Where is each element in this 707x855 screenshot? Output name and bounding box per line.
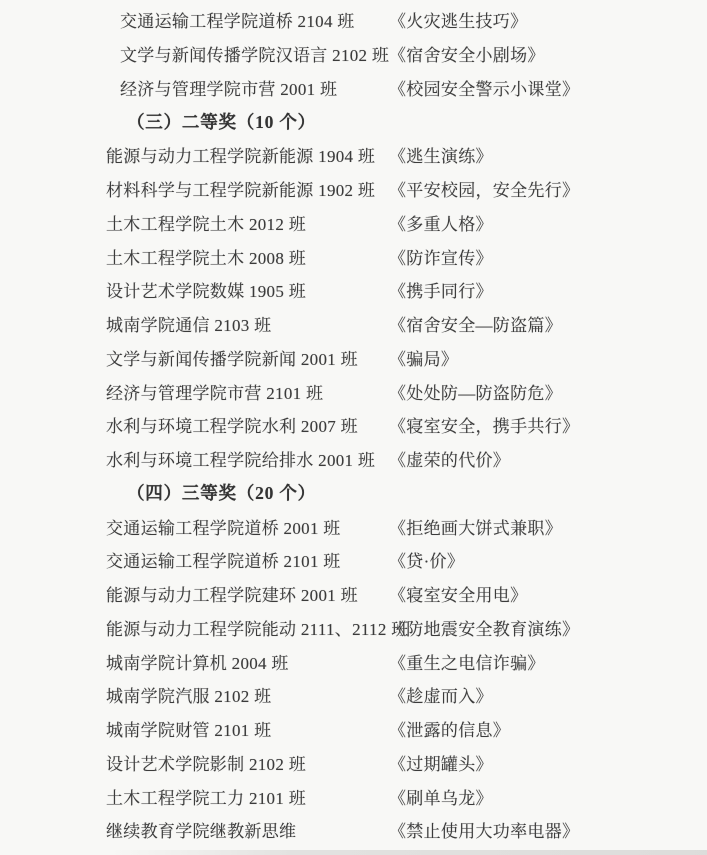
scanned-award-document-page: 交通运输工程学院道桥 2104 班 《火灾逃生技巧》 文学与新闻传播学院汉语言 …	[0, 0, 707, 855]
award-entry: 土木工程学院土木 2008 班 《防诈宣传》	[0, 239, 707, 273]
award-entry: 能源与动力工程学院建环 2001 班 《寝室安全用电》	[0, 577, 707, 611]
class-name: 城南学院财管 2101 班	[106, 716, 271, 741]
class-name: 交通运输工程学院道桥 2001 班	[106, 514, 341, 539]
award-entry: 文学与新闻传播学院新闻 2001 班 《骗局》	[0, 341, 707, 375]
award-entry: 继续教育学院继教新思维 《禁止使用大功率电器》	[0, 813, 707, 847]
class-name: 交通运输工程学院道桥 2104 班	[120, 7, 355, 32]
award-entry: 文学与新闻传播学院汉语言 2102 班 《宿舍安全小剧场》	[0, 37, 707, 71]
work-title: 《校园安全警示小课堂》	[389, 75, 579, 100]
section-heading-second-prize: （三）二等奖（10 个）	[0, 104, 707, 138]
award-entry: 设计艺术学院影制 2102 班 《过期罐头》	[0, 746, 707, 780]
work-title: 《多重人格》	[389, 210, 493, 235]
class-name: 材料科学与工程学院新能源 1902 班	[106, 176, 375, 201]
award-entry: 城南学院通信 2103 班 《宿舍安全—防盗篇》	[0, 307, 707, 341]
work-title: 《拒绝画大饼式兼职》	[389, 514, 562, 539]
award-entry: 交通运输工程学院道桥 2101 班 《贷·价》	[0, 543, 707, 577]
award-entry: 能源与动力工程学院新能源 1904 班 《逃生演练》	[0, 138, 707, 172]
class-name: 经济与管理学院市营 2001 班	[120, 75, 337, 100]
work-title: 《过期罐头》	[389, 750, 493, 775]
class-name: 交通运输工程学院道桥 2101 班	[106, 547, 341, 572]
award-entry: 材料科学与工程学院新能源 1902 班 《平安校园，安全先行》	[0, 172, 707, 206]
award-entry: 城南学院财管 2101 班 《泄露的信息》	[0, 712, 707, 746]
work-title: 《虚荣的代价》	[389, 446, 510, 471]
award-entry: 经济与管理学院市营 2001 班 《校园安全警示小课堂》	[0, 71, 707, 105]
class-name: 能源与动力工程学院能动 2111、2112 班	[106, 615, 409, 640]
work-title: 《寝室安全用电》	[389, 581, 527, 606]
scan-page-edge-shadow	[110, 850, 707, 855]
class-name: 土木工程学院土木 2012 班	[106, 210, 306, 235]
work-title: 《重生之电信诈骗》	[389, 649, 545, 674]
class-name: 继续教育学院继教新思维	[106, 817, 296, 842]
work-title: 《宿舍安全—防盗篇》	[389, 311, 562, 336]
work-title: 《禁止使用大功率电器》	[389, 817, 579, 842]
class-name: 设计艺术学院影制 2102 班	[106, 750, 306, 775]
class-name: 水利与环境工程学院给排水 2001 班	[106, 446, 375, 471]
work-title: 《携手同行》	[389, 277, 493, 302]
class-name: 能源与动力工程学院建环 2001 班	[106, 581, 358, 606]
section-heading-text: （四）三等奖（20 个）	[127, 480, 316, 505]
work-title: 《趁虚而入》	[389, 682, 493, 707]
work-title: 《泄露的信息》	[389, 716, 510, 741]
section-heading-third-prize: （四）三等奖（20 个）	[0, 476, 707, 510]
award-entry: 城南学院汽服 2102 班 《趁虚而入》	[0, 678, 707, 712]
work-title: 《逃生演练》	[389, 142, 493, 167]
section-heading-text: （三）二等奖（10 个）	[127, 109, 316, 134]
award-entry: 经济与管理学院市营 2101 班 《处处防—防盗防危》	[0, 374, 707, 408]
class-name: 文学与新闻传播学院新闻 2001 班	[106, 345, 358, 370]
work-title: 《防诈宣传》	[389, 244, 493, 269]
award-entry: 土木工程学院工力 2101 班 《刷单乌龙》	[0, 779, 707, 813]
award-entry: 交通运输工程学院道桥 2104 班 《火灾逃生技巧》	[0, 3, 707, 37]
award-entry: 能源与动力工程学院能动 2111、2112 班 《防地震安全教育演练》	[0, 611, 707, 645]
class-name: 能源与动力工程学院新能源 1904 班	[106, 142, 375, 167]
work-title: 《刷单乌龙》	[389, 784, 493, 809]
class-name: 土木工程学院土木 2008 班	[106, 244, 306, 269]
class-name: 土木工程学院工力 2101 班	[106, 784, 306, 809]
class-name: 水利与环境工程学院水利 2007 班	[106, 412, 358, 437]
award-entry: 交通运输工程学院道桥 2001 班 《拒绝画大饼式兼职》	[0, 509, 707, 543]
award-entry: 水利与环境工程学院给排水 2001 班 《虚荣的代价》	[0, 442, 707, 476]
class-name: 设计艺术学院数媒 1905 班	[106, 277, 306, 302]
work-title: 《防地震安全教育演练》	[389, 615, 579, 640]
work-title: 《贷·价》	[389, 547, 464, 572]
work-title: 《平安校园，安全先行》	[389, 176, 579, 201]
class-name: 城南学院计算机 2004 班	[106, 649, 289, 674]
work-title: 《骗局》	[389, 345, 458, 370]
award-entry: 土木工程学院土木 2012 班 《多重人格》	[0, 206, 707, 240]
work-title: 《火灾逃生技巧》	[389, 7, 527, 32]
award-entry: 城南学院计算机 2004 班 《重生之电信诈骗》	[0, 644, 707, 678]
work-title: 《宿舍安全小剧场》	[389, 41, 545, 66]
class-name: 经济与管理学院市营 2101 班	[106, 379, 323, 404]
class-name: 城南学院汽服 2102 班	[106, 682, 271, 707]
work-title: 《寝室安全，携手共行》	[389, 412, 579, 437]
work-title: 《处处防—防盗防危》	[389, 379, 562, 404]
class-name: 城南学院通信 2103 班	[106, 311, 271, 336]
class-name: 文学与新闻传播学院汉语言 2102 班	[120, 41, 389, 66]
award-entry: 水利与环境工程学院水利 2007 班 《寝室安全，携手共行》	[0, 408, 707, 442]
award-entry: 设计艺术学院数媒 1905 班 《携手同行》	[0, 273, 707, 307]
